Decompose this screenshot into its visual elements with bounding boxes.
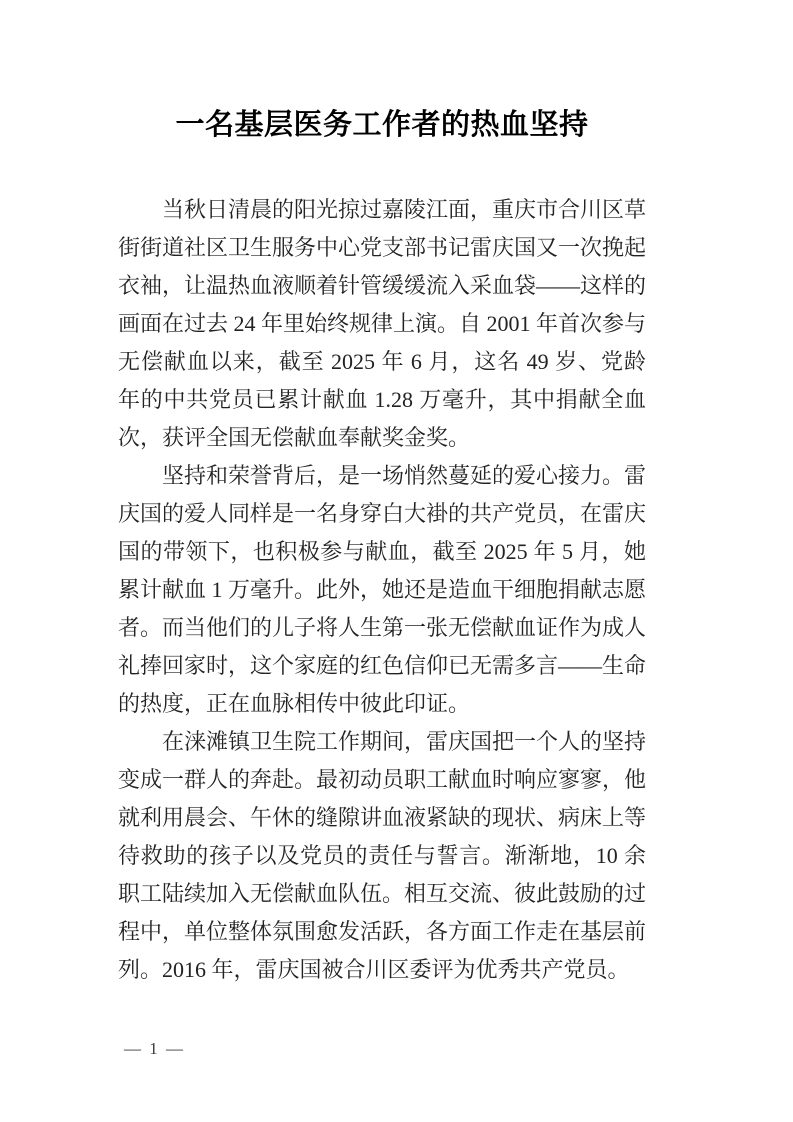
text-line: 列。2016 年，雷庆国被合川区委评为优秀共产党员。: [118, 951, 646, 989]
page-number: — 1 —: [124, 1039, 185, 1059]
text-line: 画面在过去 24 年里始终规律上演。自 2001 年首次参与: [118, 305, 646, 343]
text-line: 庆国的爱人同样是一名身穿白大褂的共产党员，在雷庆: [118, 495, 646, 533]
text-line: 街街道社区卫生服务中心党支部书记雷庆国又一次挽起: [118, 229, 646, 267]
text-line: 次，获评全国无偿献血奉献奖金奖。: [118, 419, 646, 457]
text-line: 礼捧回家时，这个家庭的红色信仰已无需多言——生命: [118, 647, 646, 685]
text-line: 者。而当他们的儿子将人生第一张无偿献血证作为成人: [118, 609, 646, 647]
text-line: 坚持和荣誉背后，是一场悄然蔓延的爱心接力。雷: [118, 457, 646, 495]
text-line: 的热度，正在血脉相传中彼此印证。: [118, 685, 646, 723]
document-page: 一名基层医务工作者的热血坚持 当秋日清晨的阳光掠过嘉陵江面，重庆市合川区草街街道…: [0, 0, 793, 1122]
text-line: 累计献血 1 万毫升。此外，她还是造血干细胞捐献志愿: [118, 571, 646, 609]
document-title: 一名基层医务工作者的热血坚持: [118, 102, 646, 143]
text-line: 职工陆续加入无偿献血队伍。相互交流、彼此鼓励的过: [118, 875, 646, 913]
text-line: 无偿献血以来，截至 2025 年 6 月，这名 49 岁、党龄 21: [118, 343, 646, 381]
document-body: 当秋日清晨的阳光掠过嘉陵江面，重庆市合川区草街街道社区卫生服务中心党支部书记雷庆…: [118, 191, 646, 989]
text-line: 程中，单位整体氛围愈发活跃，各方面工作走在基层前: [118, 913, 646, 951]
text-line: 在涞滩镇卫生院工作期间，雷庆国把一个人的坚持: [118, 723, 646, 761]
text-line: 国的带领下，也积极参与献血，截至 2025 年 5 月，她已: [118, 533, 646, 571]
text-line: 待救助的孩子以及党员的责任与誓言。渐渐地，10 余名: [118, 837, 646, 875]
paragraph: 在涞滩镇卫生院工作期间，雷庆国把一个人的坚持变成一群人的奔赴。最初动员职工献血时…: [118, 723, 646, 989]
text-line: 衣袖，让温热血液顺着针管缓缓流入采血袋——这样的: [118, 267, 646, 305]
text-line: 变成一群人的奔赴。最初动员职工献血时响应寥寥，他: [118, 761, 646, 799]
paragraph: 坚持和荣誉背后，是一场悄然蔓延的爱心接力。雷庆国的爱人同样是一名身穿白大褂的共产…: [118, 457, 646, 723]
text-line: 当秋日清晨的阳光掠过嘉陵江面，重庆市合川区草: [118, 191, 646, 229]
text-line: 年的中共党员已累计献血 1.28 万毫升，其中捐献全血 34: [118, 381, 646, 419]
paragraph: 当秋日清晨的阳光掠过嘉陵江面，重庆市合川区草街街道社区卫生服务中心党支部书记雷庆…: [118, 191, 646, 457]
text-line: 就利用晨会、午休的缝隙讲血液紧缺的现状、病床上等: [118, 799, 646, 837]
